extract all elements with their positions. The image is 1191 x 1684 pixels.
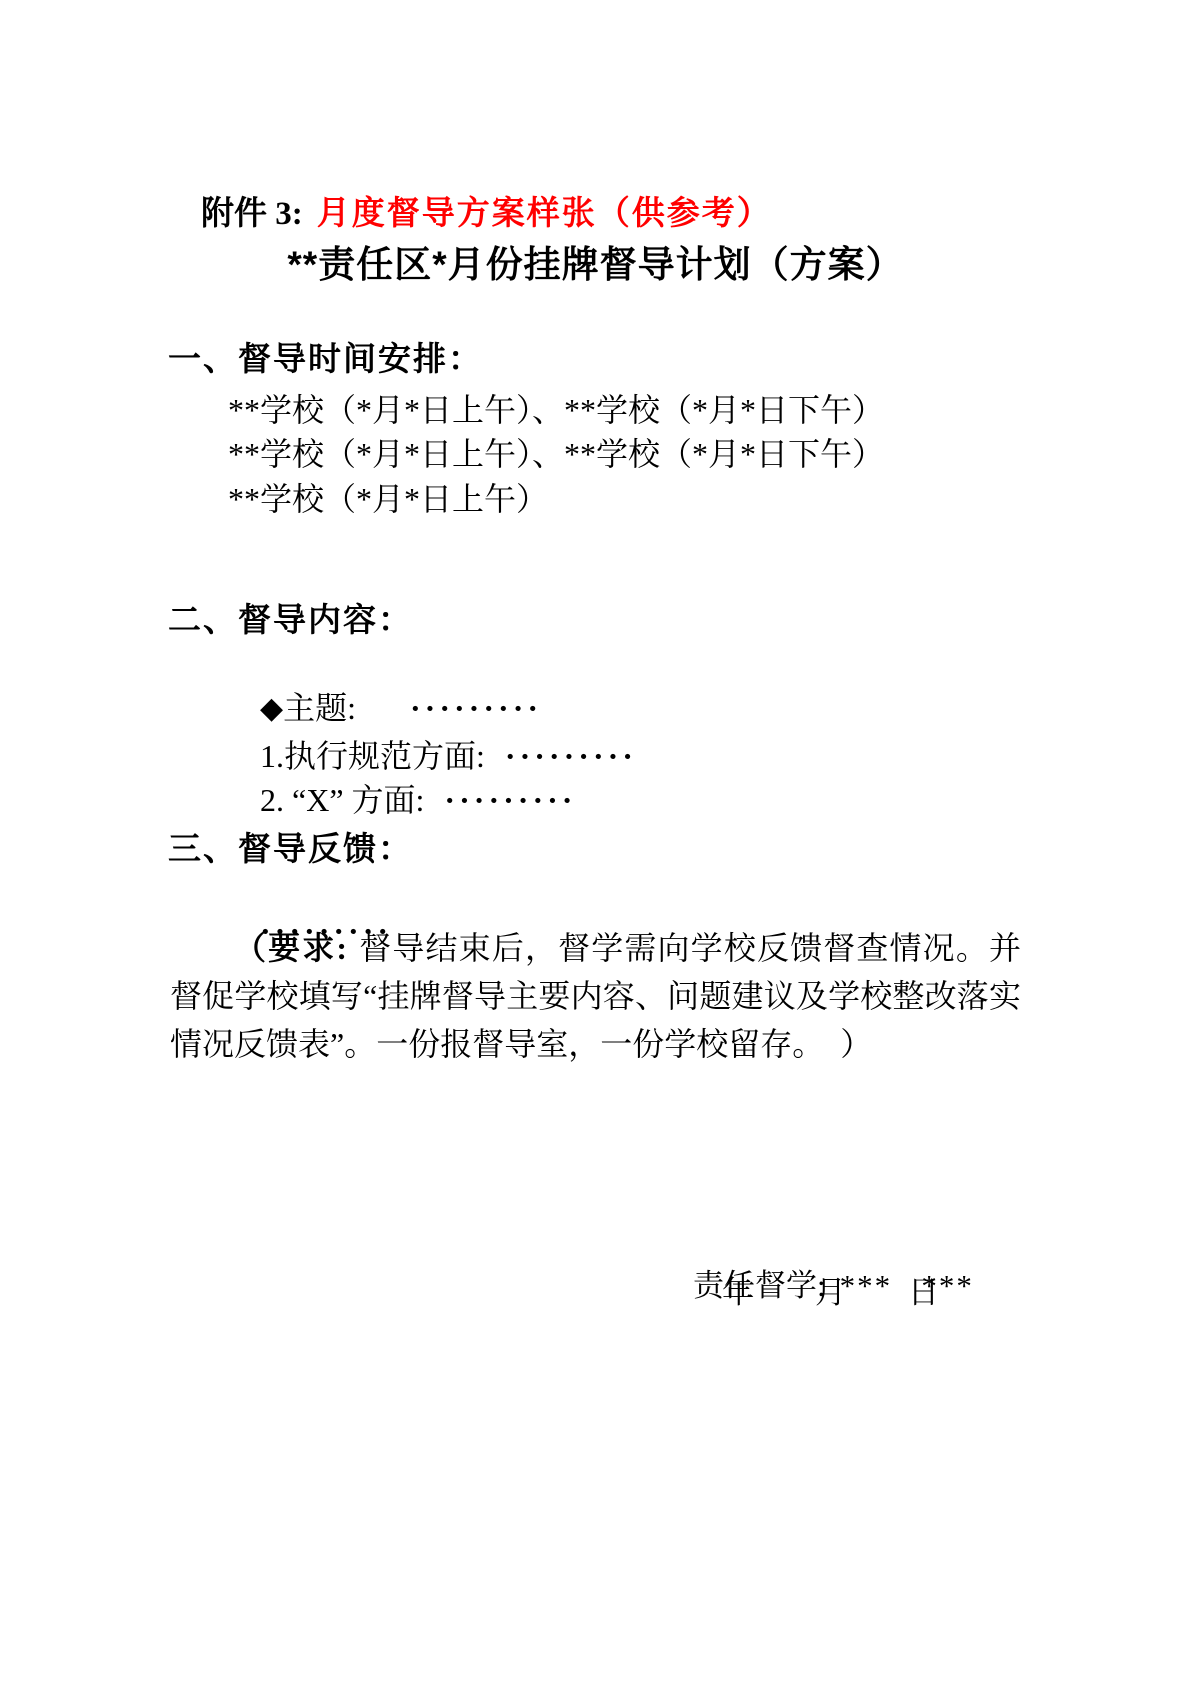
document-title: **责任区*月份挂牌督导计划（方案） bbox=[0, 234, 1191, 288]
section-heading-time: 一、督导时间安排： bbox=[168, 333, 483, 380]
section-heading-feedback: 三、督导反馈： bbox=[168, 823, 413, 870]
attachment-red-title: 月度督导方案样张（供参考） bbox=[317, 196, 772, 232]
schedule-line-2: **学校（*月*日上午）、**学校（*月*日下午） bbox=[228, 429, 884, 475]
schedule-line-3: **学校（*月*日上午） bbox=[228, 474, 548, 520]
date-line: 年 月 日 bbox=[722, 1267, 939, 1312]
note-bold-label: （要求: bbox=[234, 930, 348, 966]
schedule-line-1: **学校（*月*日上午）、**学校（*月*日下午） bbox=[228, 385, 884, 431]
attachment-label: 附件 3: bbox=[201, 196, 303, 232]
item-2-label: 2. “X” 方面: bbox=[260, 782, 424, 818]
document-page: 附件 3:月度督导方案样张（供参考） **责任区*月份挂牌督导计划（方案） 一、… bbox=[0, 0, 1191, 1684]
requirement-note: （要求:督导结束后，督学需向学校反馈督查情况。并督促学校填写“挂牌督导主要内容、… bbox=[170, 924, 1021, 1068]
ellipsis-dots: ········· bbox=[444, 782, 576, 818]
section-heading-content: 二、督导内容： bbox=[168, 594, 413, 641]
